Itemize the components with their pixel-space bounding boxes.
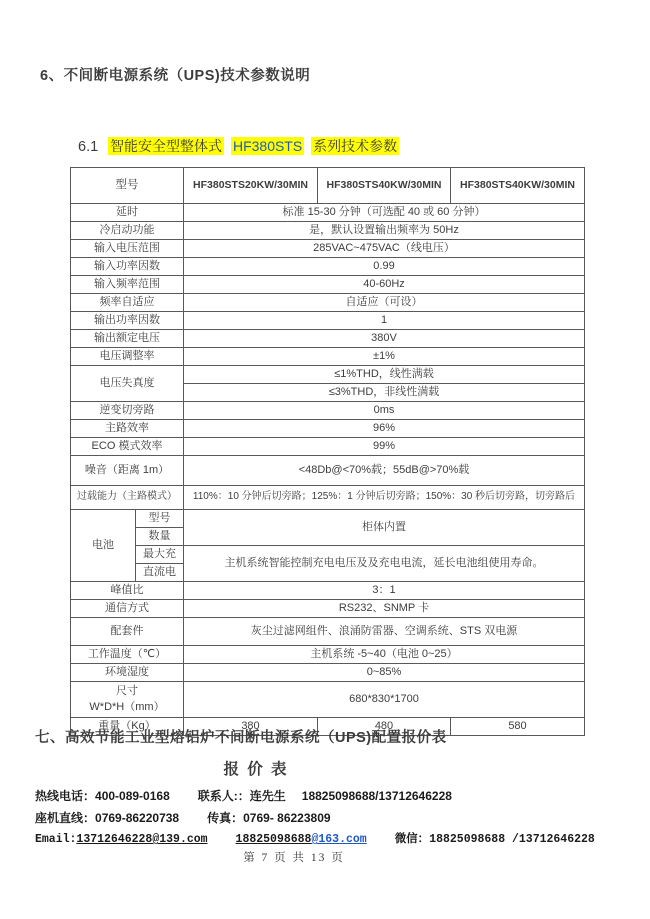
param-label: 电压失真度 xyxy=(71,366,184,402)
weight-value-3: 580 xyxy=(451,718,585,736)
param-value: 主机系统智能控制充电电压及及充电电流，延长电池组使用寿命。 xyxy=(184,546,585,582)
table-row-output-pf: 输出功率因数 1 xyxy=(71,312,585,330)
param-label: 工作温度（℃） xyxy=(71,646,184,664)
section-6-1-number: 6.1 xyxy=(78,139,98,155)
param-value: 40-60Hz xyxy=(184,276,585,294)
battery-group-label: 电池 xyxy=(71,510,136,582)
wechat-label: 微信： xyxy=(395,833,430,846)
table-row-input-freq: 输入频率范围 40-60Hz xyxy=(71,276,585,294)
param-value: 3：1 xyxy=(184,582,585,600)
table-row-work-temp: 工作温度（℃） 主机系统 -5~40（电池 0~25） xyxy=(71,646,585,664)
model-name-3: HF380STS40KW/30MIN xyxy=(451,168,585,204)
param-label: 尺寸 W*D*H（mm） xyxy=(71,682,184,718)
table-row-delay: 延时 标准 15-30 分钟（可选配 40 或 60 分钟） xyxy=(71,204,585,222)
param-value: RS232、SNMP 卡 xyxy=(184,600,585,618)
param-label: 配套件 xyxy=(71,618,184,646)
param-label: ECO 模式效率 xyxy=(71,438,184,456)
fax-label: 传真： xyxy=(207,811,243,825)
email-label: Email: xyxy=(35,833,76,846)
landline-label: 座机直线： xyxy=(35,811,95,825)
quote-table-title: 报 价 表 xyxy=(0,757,512,779)
table-row-battery-charge: 最大充 主机系统智能控制充电电压及及充电电流，延长电池组使用寿命。 xyxy=(71,546,585,564)
param-value: 灰尘过滤网组件、浪涌防雷器、空调系统、STS 双电源 xyxy=(184,618,585,646)
table-row-thd-linear: 电压失真度 ≤1%THD，线性满载 xyxy=(71,366,585,384)
param-label: 峰值比 xyxy=(71,582,184,600)
table-row-freq-adapt: 频率自适应 自适应（可设） xyxy=(71,294,585,312)
document-page: 6、不间断电源系统（UPS)技术参数说明 6.1 智能安全型整体式 HF380S… xyxy=(0,0,650,919)
email-address-2-user: 18825098688 xyxy=(236,833,312,846)
contact-person-label: 联系人:： xyxy=(198,789,250,803)
fax-number: 0769- 86223809 xyxy=(243,811,330,825)
table-row-input-pf: 输入功率因数 0.99 xyxy=(71,258,585,276)
section-6-heading: 6、不间断电源系统（UPS)技术参数说明 xyxy=(40,64,310,85)
table-row-overload: 过载能力（主路模式） 110%：10 分钟后切旁路；125%：1 分钟后切旁路；… xyxy=(71,486,585,510)
contact-person-phones: 18825098688/13712646228 xyxy=(302,789,452,803)
section-7-heading: 七、高效节能工业型熔铝炉不间断电源系统（UPS)配置报价表 xyxy=(35,726,447,747)
param-value: 380V xyxy=(184,330,585,348)
hotline-number: 400-089-0168 xyxy=(95,789,170,803)
contact-line-email: Email:13712646228@139.com18825098688@163… xyxy=(35,829,615,851)
param-value: 96% xyxy=(184,420,585,438)
table-row-crest-factor: 峰值比 3：1 xyxy=(71,582,585,600)
email-address-2-domain-link[interactable]: @163.com xyxy=(311,833,366,846)
param-label: 过载能力（主路模式） xyxy=(71,486,184,510)
table-row-accessories: 配套件 灰尘过滤网组件、浪涌防雷器、空调系统、STS 双电源 xyxy=(71,618,585,646)
section-6-1-heading: 6.1 智能安全型整体式 HF380STS 系列技术参数 xyxy=(78,136,399,156)
param-label: 频率自适应 xyxy=(71,294,184,312)
battery-sub-label: 型号 xyxy=(136,510,184,528)
param-label: 通信方式 xyxy=(71,600,184,618)
param-value: 0.99 xyxy=(184,258,585,276)
email-address-1: 13712646228@139.com xyxy=(76,833,207,846)
table-row-input-voltage: 输入电压范围 285VAC~475VAC（线电压） xyxy=(71,240,585,258)
param-label: 环境湿度 xyxy=(71,664,184,682)
table-row-humidity: 环境湿度 0~85% xyxy=(71,664,585,682)
battery-sub-label: 直流电 xyxy=(136,564,184,582)
wechat-numbers: 18825098688 /13712646228 xyxy=(429,833,595,846)
ups-parameters-table: 型号 HF380STS20KW/30MIN HF380STS40KW/30MIN… xyxy=(70,167,585,736)
param-label: 延时 xyxy=(71,204,184,222)
table-row-model: 型号 HF380STS20KW/30MIN HF380STS40KW/30MIN… xyxy=(71,168,585,204)
dimensions-label-line1: 尺寸 xyxy=(73,684,181,700)
landline-number: 0769-86220738 xyxy=(95,811,179,825)
table-row-dimensions: 尺寸 W*D*H（mm） 680*830*1700 xyxy=(71,682,585,718)
contact-block: 热线电话：400-089-0168联系人:：连先生18825098688/137… xyxy=(35,785,615,851)
table-row-battery-model: 电池 型号 柜体内置 xyxy=(71,510,585,528)
table-row-noise: 噪音（距离 1m） <48Db@<70%载；55dB@>70%载 xyxy=(71,456,585,486)
param-value: 自适应（可设） xyxy=(184,294,585,312)
table-row-inverter-bypass: 逆变切旁路 0ms xyxy=(71,402,585,420)
param-label: 型号 xyxy=(71,168,184,204)
table-row-eco-efficiency: ECO 模式效率 99% xyxy=(71,438,585,456)
param-label: 输入功率因数 xyxy=(71,258,184,276)
param-value: 285VAC~475VAC（线电压） xyxy=(184,240,585,258)
param-value: ±1% xyxy=(184,348,585,366)
page-number-footer: 第 7 页 共 13 页 xyxy=(0,849,588,865)
param-value: ≤1%THD，线性满载 xyxy=(184,366,585,384)
param-label: 输出额定电压 xyxy=(71,330,184,348)
param-value: 0~85% xyxy=(184,664,585,682)
param-label: 输出功率因数 xyxy=(71,312,184,330)
dimensions-label-line2: W*D*H（mm） xyxy=(73,700,181,716)
battery-sub-label: 数量 xyxy=(136,528,184,546)
param-label: 输入频率范围 xyxy=(71,276,184,294)
param-label: 输入电压范围 xyxy=(71,240,184,258)
section-6-1-highlight-2: 系列技术参数 xyxy=(311,137,399,155)
battery-sub-label: 最大充 xyxy=(136,546,184,564)
table-row-main-efficiency: 主路效率 96% xyxy=(71,420,585,438)
param-value: 是，默认设置输出频率为 50Hz xyxy=(184,222,585,240)
contact-line-landline: 座机直线：0769-86220738传真：0769- 86223809 xyxy=(35,807,615,829)
table-row-communication: 通信方式 RS232、SNMP 卡 xyxy=(71,600,585,618)
hotline-label: 热线电话： xyxy=(35,789,95,803)
param-label: 电压调整率 xyxy=(71,348,184,366)
model-name-2: HF380STS40KW/30MIN xyxy=(318,168,451,204)
contact-line-hotline: 热线电话：400-089-0168联系人:：连先生18825098688/137… xyxy=(35,785,615,807)
param-value: ≤3%THD，非线性满载 xyxy=(184,384,585,402)
param-value: 0ms xyxy=(184,402,585,420)
param-value: 110%：10 分钟后切旁路；125%：1 分钟后切旁路；150%：30 秒后切… xyxy=(184,486,585,510)
param-label: 冷启动功能 xyxy=(71,222,184,240)
param-value: 1 xyxy=(184,312,585,330)
table-row-voltage-reg: 电压调整率 ±1% xyxy=(71,348,585,366)
param-label: 主路效率 xyxy=(71,420,184,438)
param-value: 99% xyxy=(184,438,585,456)
param-value: 标准 15-30 分钟（可选配 40 或 60 分钟） xyxy=(184,204,585,222)
param-value: 主机系统 -5~40（电池 0~25） xyxy=(184,646,585,664)
param-value: 680*830*1700 xyxy=(184,682,585,718)
contact-person-name: 连先生 xyxy=(250,789,286,803)
model-name-1: HF380STS20KW/30MIN xyxy=(184,168,318,204)
param-value: <48Db@<70%载；55dB@>70%载 xyxy=(184,456,585,486)
param-label: 逆变切旁路 xyxy=(71,402,184,420)
table-row-cold-start: 冷启动功能 是，默认设置输出频率为 50Hz xyxy=(71,222,585,240)
section-6-1-highlight-1: 智能安全型整体式 xyxy=(108,137,224,155)
section-6-1-model-name: HF380STS xyxy=(231,137,304,155)
param-label: 噪音（距离 1m） xyxy=(71,456,184,486)
param-value: 柜体内置 xyxy=(184,510,585,546)
table-row-output-voltage: 输出额定电压 380V xyxy=(71,330,585,348)
